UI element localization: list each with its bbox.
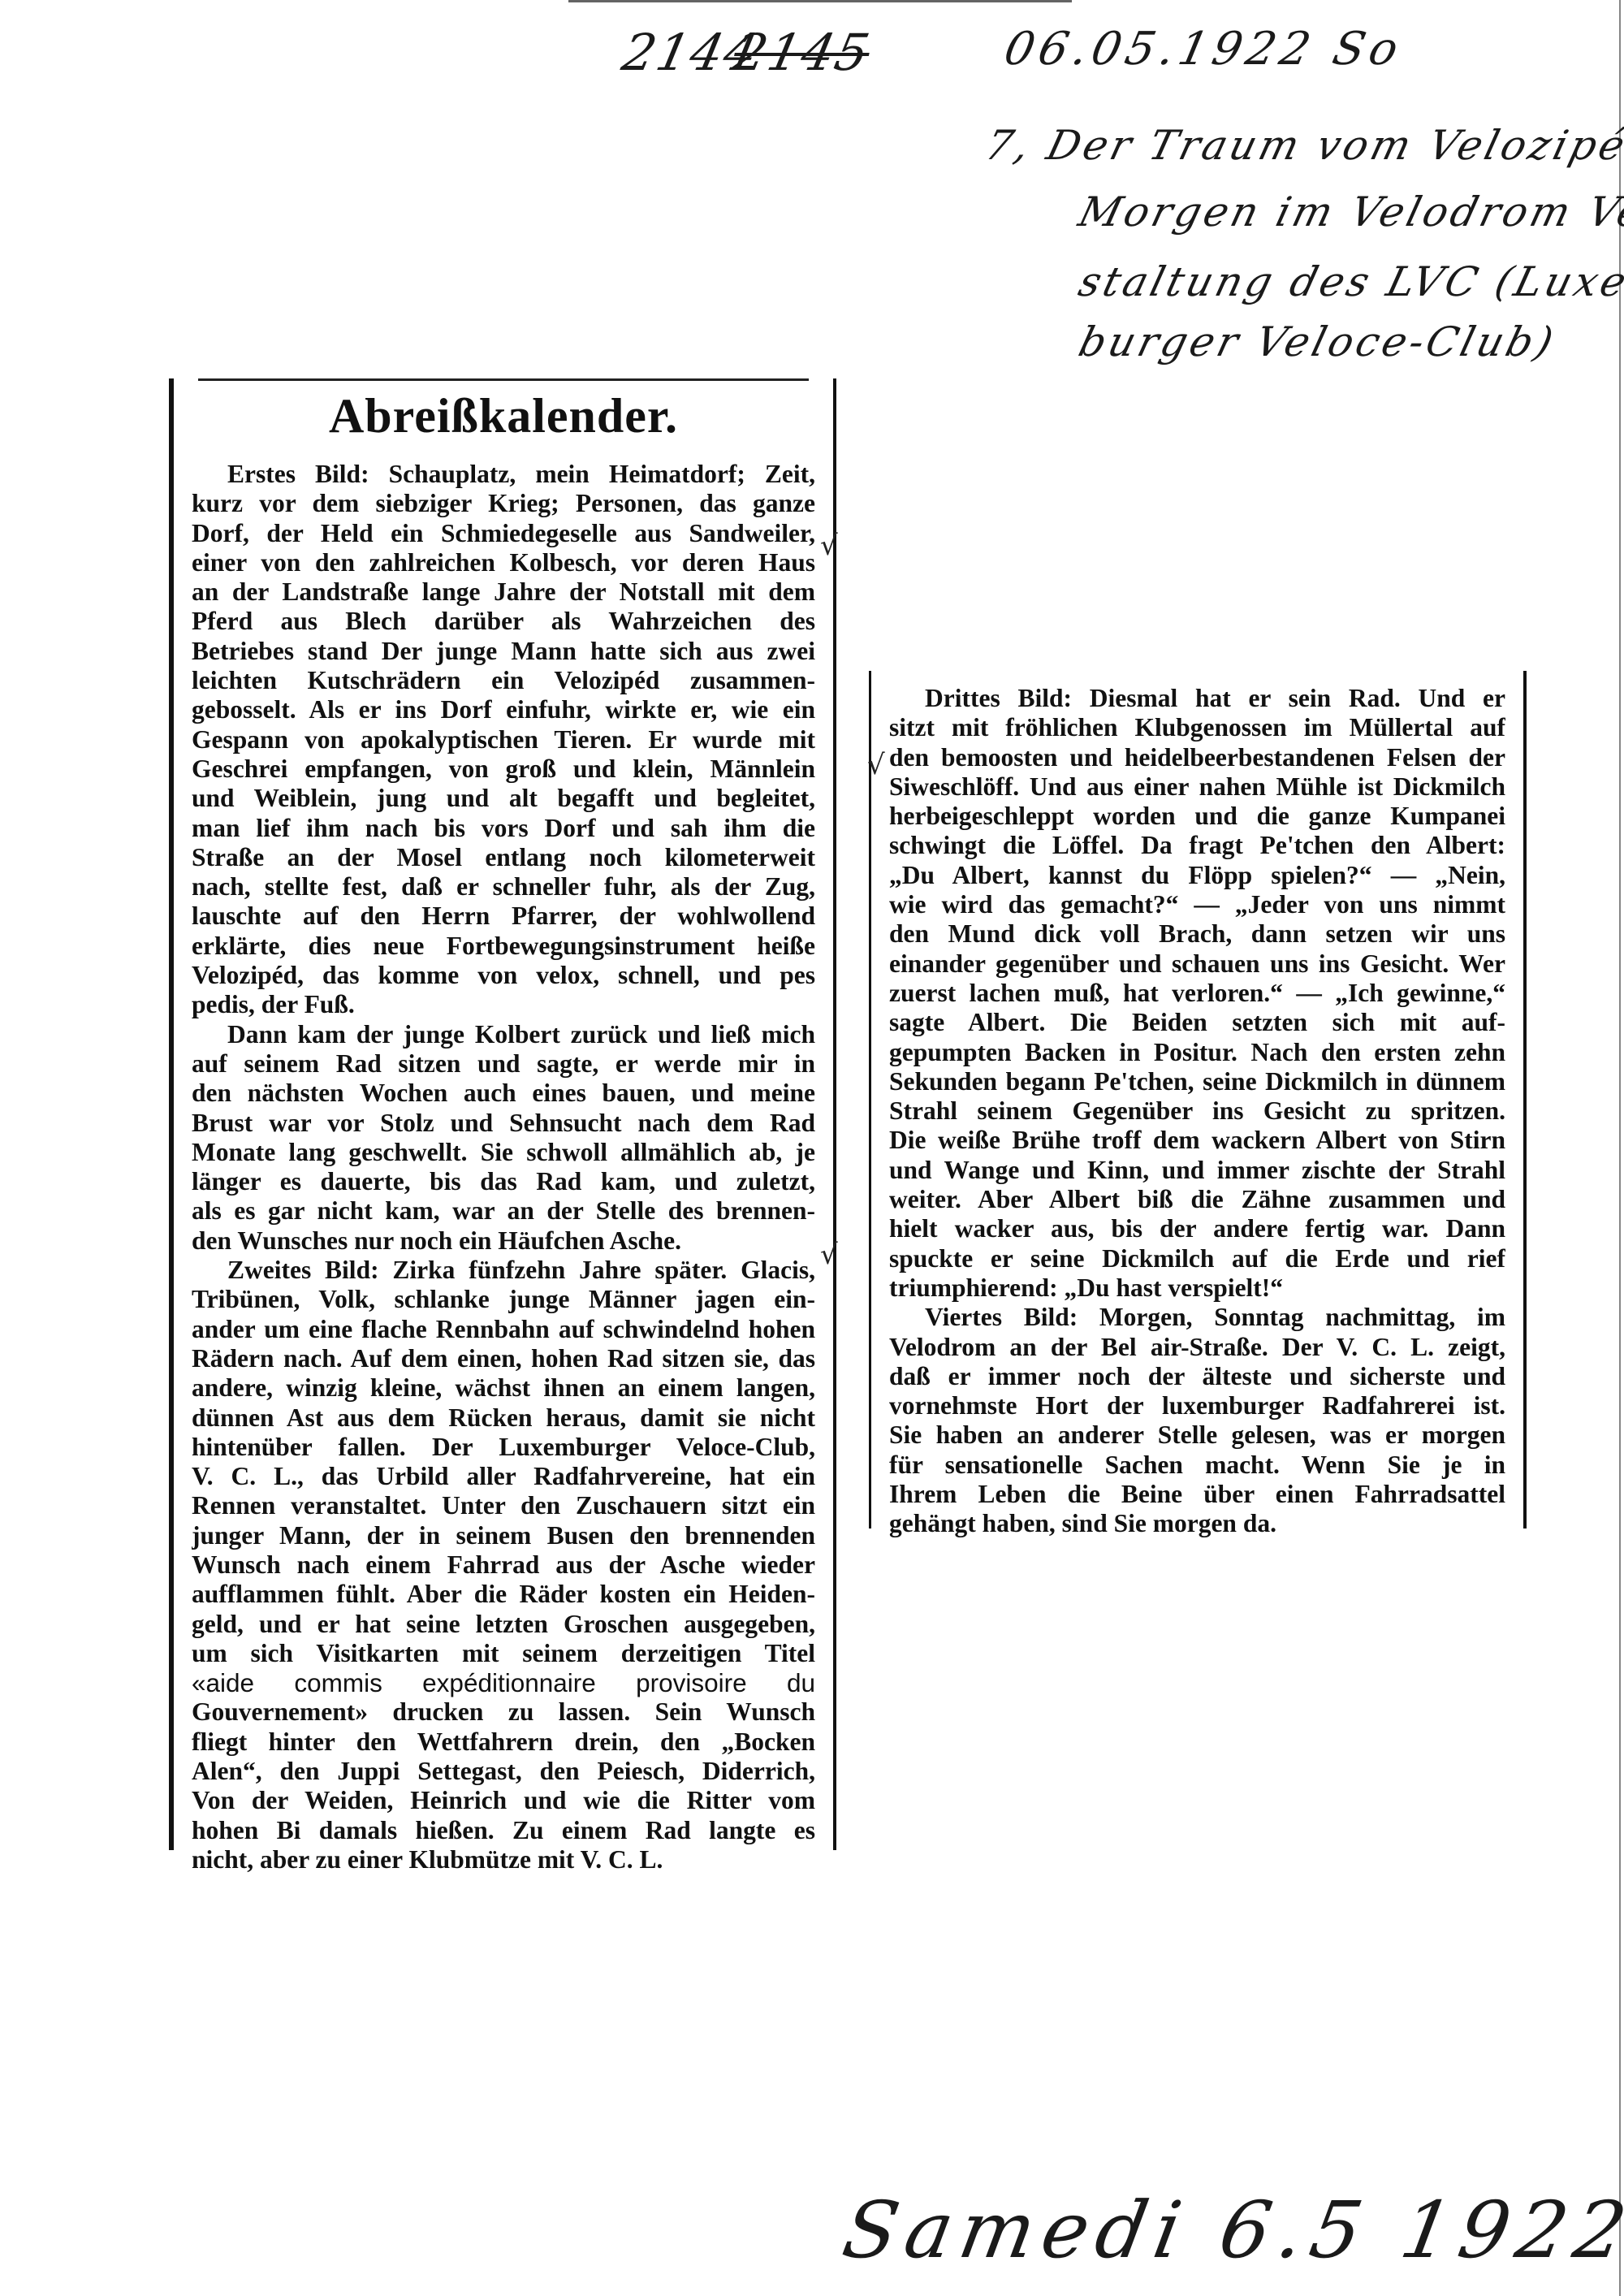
- text-line: und Wange und Kinn, und immer zischte de…: [889, 1156, 1505, 1185]
- text-line: Sekunden begann Pe'tchen, seine Dickmilc…: [889, 1067, 1505, 1096]
- text-line: vornehmste Hort der luxemburger Radfahre…: [889, 1391, 1505, 1420]
- text-line: den nächsten Wochen auch eines bauen, un…: [192, 1079, 815, 1108]
- text-line: Wunsch nach einem Fahrrad aus der Asche …: [192, 1550, 815, 1580]
- archive-id-struck-handwritten: 2145: [728, 23, 875, 82]
- text-line: Pferd aus Blech darüber als Wahrzeichen …: [192, 607, 815, 636]
- text-line: Gouvernement» drucken zu lassen. Sein Wu…: [192, 1697, 815, 1727]
- text-line: an der Landstraße lange Jahre der Notsta…: [192, 577, 815, 607]
- article-right-column: Drittes Bild: Diesmal hat er sein Rad. U…: [869, 671, 1527, 1529]
- text-line: triumphierend: „Du hast verspielt!“: [889, 1273, 1505, 1303]
- text-line: Viertes Bild: Morgen, Sonntag nachmittag…: [889, 1303, 1505, 1332]
- text-line: für sensationelle Sachen macht. Wenn Sie…: [889, 1451, 1505, 1480]
- text-line: gepumpten Backen in Positur. Nach den er…: [889, 1038, 1505, 1067]
- column-top-rule: [198, 378, 809, 381]
- text-line: Straße an der Mosel entlang noch kilomet…: [192, 843, 815, 872]
- text-line: dünnen Ast aus dem Rücken heraus, damit …: [192, 1403, 815, 1433]
- text-line: Drittes Bild: Diesmal hat er sein Rad. U…: [889, 684, 1505, 713]
- text-line: zuerst lachen muß, hat verloren.“ — „Ich…: [889, 979, 1505, 1008]
- text-line: nicht, aber zu einer Klubmütze mit V. C.…: [192, 1845, 815, 1874]
- text-line: Erstes Bild: Schauplatz, mein Heimatdorf…: [192, 460, 815, 489]
- text-line: Die weiße Brühe troff dem wackern Albert…: [889, 1126, 1505, 1155]
- scan-top-edge: [568, 0, 1072, 2]
- date-annotation-bottom: Samedi 6.5 1922: [836, 2185, 1624, 2276]
- article-left-column: Abreißkalender. Erstes Bild: Schauplatz,…: [169, 378, 836, 1850]
- text-line: lauschte auf den Herrn Pfarrer, der wohl…: [192, 902, 815, 931]
- text-line: sagte Albert. Die Beiden setzten sich mi…: [889, 1008, 1505, 1037]
- text-line: kurz vor dem siebziger Krieg; Personen, …: [192, 489, 815, 518]
- check-mark: √: [820, 530, 838, 562]
- text-line: als es gar nicht kam, war an der Stelle …: [192, 1196, 815, 1226]
- text-line: Siweschlöff. Und aus einer nahen Mühle i…: [889, 772, 1505, 802]
- text-line: Zweites Bild: Zirka fünfzehn Jahre späte…: [192, 1256, 815, 1285]
- text-line: den bemoosten und heidelbeerbestandenen …: [889, 743, 1505, 772]
- text-line: geld, und er hat seine letzten Groschen …: [192, 1610, 815, 1639]
- text-line: Rennen veranstaltet. Unter den Zuschauer…: [192, 1491, 815, 1520]
- text-line: aufflammen fühlt. Aber die Räder kosten …: [192, 1580, 815, 1609]
- scan-page-edge: [1619, 0, 1621, 2296]
- note-line-2: Morgen im Velodrom Veran-: [1074, 188, 1624, 236]
- text-line: V. C. L., das Urbild aller Radfahrverein…: [192, 1462, 815, 1491]
- text-line: Dann kam der junge Kolbert zurück und li…: [192, 1020, 815, 1049]
- date-annotation-top: 06.05.1922 So: [1000, 23, 1407, 76]
- text-line: einer von den zahlreichen Kolbesch, vor …: [192, 548, 815, 577]
- text-line: Von der Weiden, Heinrich und wie die Rit…: [192, 1786, 815, 1815]
- text-line: Dorf, der Held ein Schmiedegeselle aus S…: [192, 519, 815, 548]
- text-line: «aide commis expéditionnaire provisoire …: [192, 1668, 815, 1697]
- text-line: Sie haben an anderer Stelle gelesen, was…: [889, 1420, 1505, 1450]
- text-line: Velodrom an der Bel air-Straße. Der V. C…: [889, 1333, 1505, 1362]
- text-line: Monate lang geschwellt. Sie schwoll allm…: [192, 1138, 815, 1167]
- text-line: Velozipéd, das komme von velox, schnell,…: [192, 961, 815, 990]
- text-line: man lief ihm nach bis vors Dorf und sah …: [192, 814, 815, 843]
- note-line-3: staltung des LVC (Luxem-: [1074, 258, 1624, 305]
- text-line: Strahl seinem Gegenüber ins Gesicht zu s…: [889, 1096, 1505, 1126]
- check-mark: √: [867, 749, 885, 781]
- text-line: gebosselt. Als er ins Dorf einfuhr, wirk…: [192, 695, 815, 724]
- note-line-4: burger Veloce-Club): [1074, 318, 1561, 365]
- text-line: hohen Bi damals hießen. Zu einem Rad lan…: [192, 1816, 815, 1845]
- text-line: Rädern nach. Auf dem einen, hohen Rad si…: [192, 1344, 815, 1373]
- text-line: erklärte, dies neue Fortbewegungsinstrum…: [192, 932, 815, 961]
- text-line: leichten Kutschrädern ein Velozipéd zusa…: [192, 666, 815, 695]
- text-line: den Wunsches nur noch ein Häufchen Asche…: [192, 1226, 815, 1256]
- text-line: Geschrei empfangen, von groß und klein, …: [192, 755, 815, 784]
- text-line: Ihrem Leben die Beine über einen Fahrrad…: [889, 1480, 1505, 1509]
- text-line: spuckte er seine Dickmilch auf die Erde …: [889, 1244, 1505, 1273]
- check-mark: √: [820, 1239, 838, 1271]
- text-line: ander um eine flache Rennbahn auf schwin…: [192, 1315, 815, 1344]
- text-line: Tribünen, Volk, schlanke junge Männer ja…: [192, 1285, 815, 1314]
- text-line: gehängt haben, sind Sie morgen da.: [889, 1509, 1505, 1538]
- text-line: daß er immer noch der älteste und sicher…: [889, 1362, 1505, 1391]
- text-line: andere, winzig kleine, wächst ihnen an e…: [192, 1373, 815, 1403]
- text-line: junger Mann, der in seinem Busen den bre…: [192, 1521, 815, 1550]
- text-line: nach, stellte fest, daß er schneller fuh…: [192, 872, 815, 902]
- text-line: Alen“, den Juppi Settegast, den Peiesch,…: [192, 1757, 815, 1786]
- text-line: herbeigeschleppt worden und die ganze Ku…: [889, 802, 1505, 831]
- text-line: Brust war vor Stolz und Sehnsucht nach d…: [192, 1109, 815, 1138]
- article-title: Abreißkalender.: [174, 388, 833, 444]
- text-line: Betriebes stand Der junge Mann hatte sic…: [192, 637, 815, 666]
- text-line: pedis, der Fuß.: [192, 990, 815, 1019]
- text-line: einander gegenüber und schauen uns ins G…: [889, 949, 1505, 979]
- text-line: um sich Visitkarten mit seinem derzeitig…: [192, 1639, 815, 1668]
- article-body-right: Drittes Bild: Diesmal hat er sein Rad. U…: [889, 684, 1505, 1539]
- text-line: hielt wacker aus, bis der andere fertig …: [889, 1214, 1505, 1243]
- text-line: auf seinem Rad sitzen und sagte, er werd…: [192, 1049, 815, 1079]
- text-line: hintenüber fallen. Der Luxemburger Veloc…: [192, 1433, 815, 1462]
- text-line: „Du Albert, kannst du Flöpp spielen?“ — …: [889, 861, 1505, 890]
- text-line: weiter. Aber Albert biß die Zähne zusamm…: [889, 1185, 1505, 1214]
- text-line: länger es dauerte, bis das Rad kam, und …: [192, 1167, 815, 1196]
- text-line: fliegt hinter den Wettfahrern drein, den…: [192, 1727, 815, 1757]
- text-line: wie wird das gemacht?“ — „Jeder von uns …: [889, 890, 1505, 919]
- text-line: den Mund dick voll Brach, dann setzen wi…: [889, 919, 1505, 949]
- text-line: und Weiblein, jung und alt begafft und b…: [192, 784, 815, 813]
- text-line: sitzt mit fröhlichen Klubgenossen im Mül…: [889, 713, 1505, 742]
- text-line: schwingt die Löffel. Da fragt Pe'tchen d…: [889, 831, 1505, 860]
- text-line: Gespann von apokalyptischen Tieren. Er w…: [192, 725, 815, 755]
- article-body-left: Erstes Bild: Schauplatz, mein Heimatdorf…: [192, 460, 815, 1874]
- note-line-1: 7, Der Traum vom Velozipéd;: [981, 122, 1624, 169]
